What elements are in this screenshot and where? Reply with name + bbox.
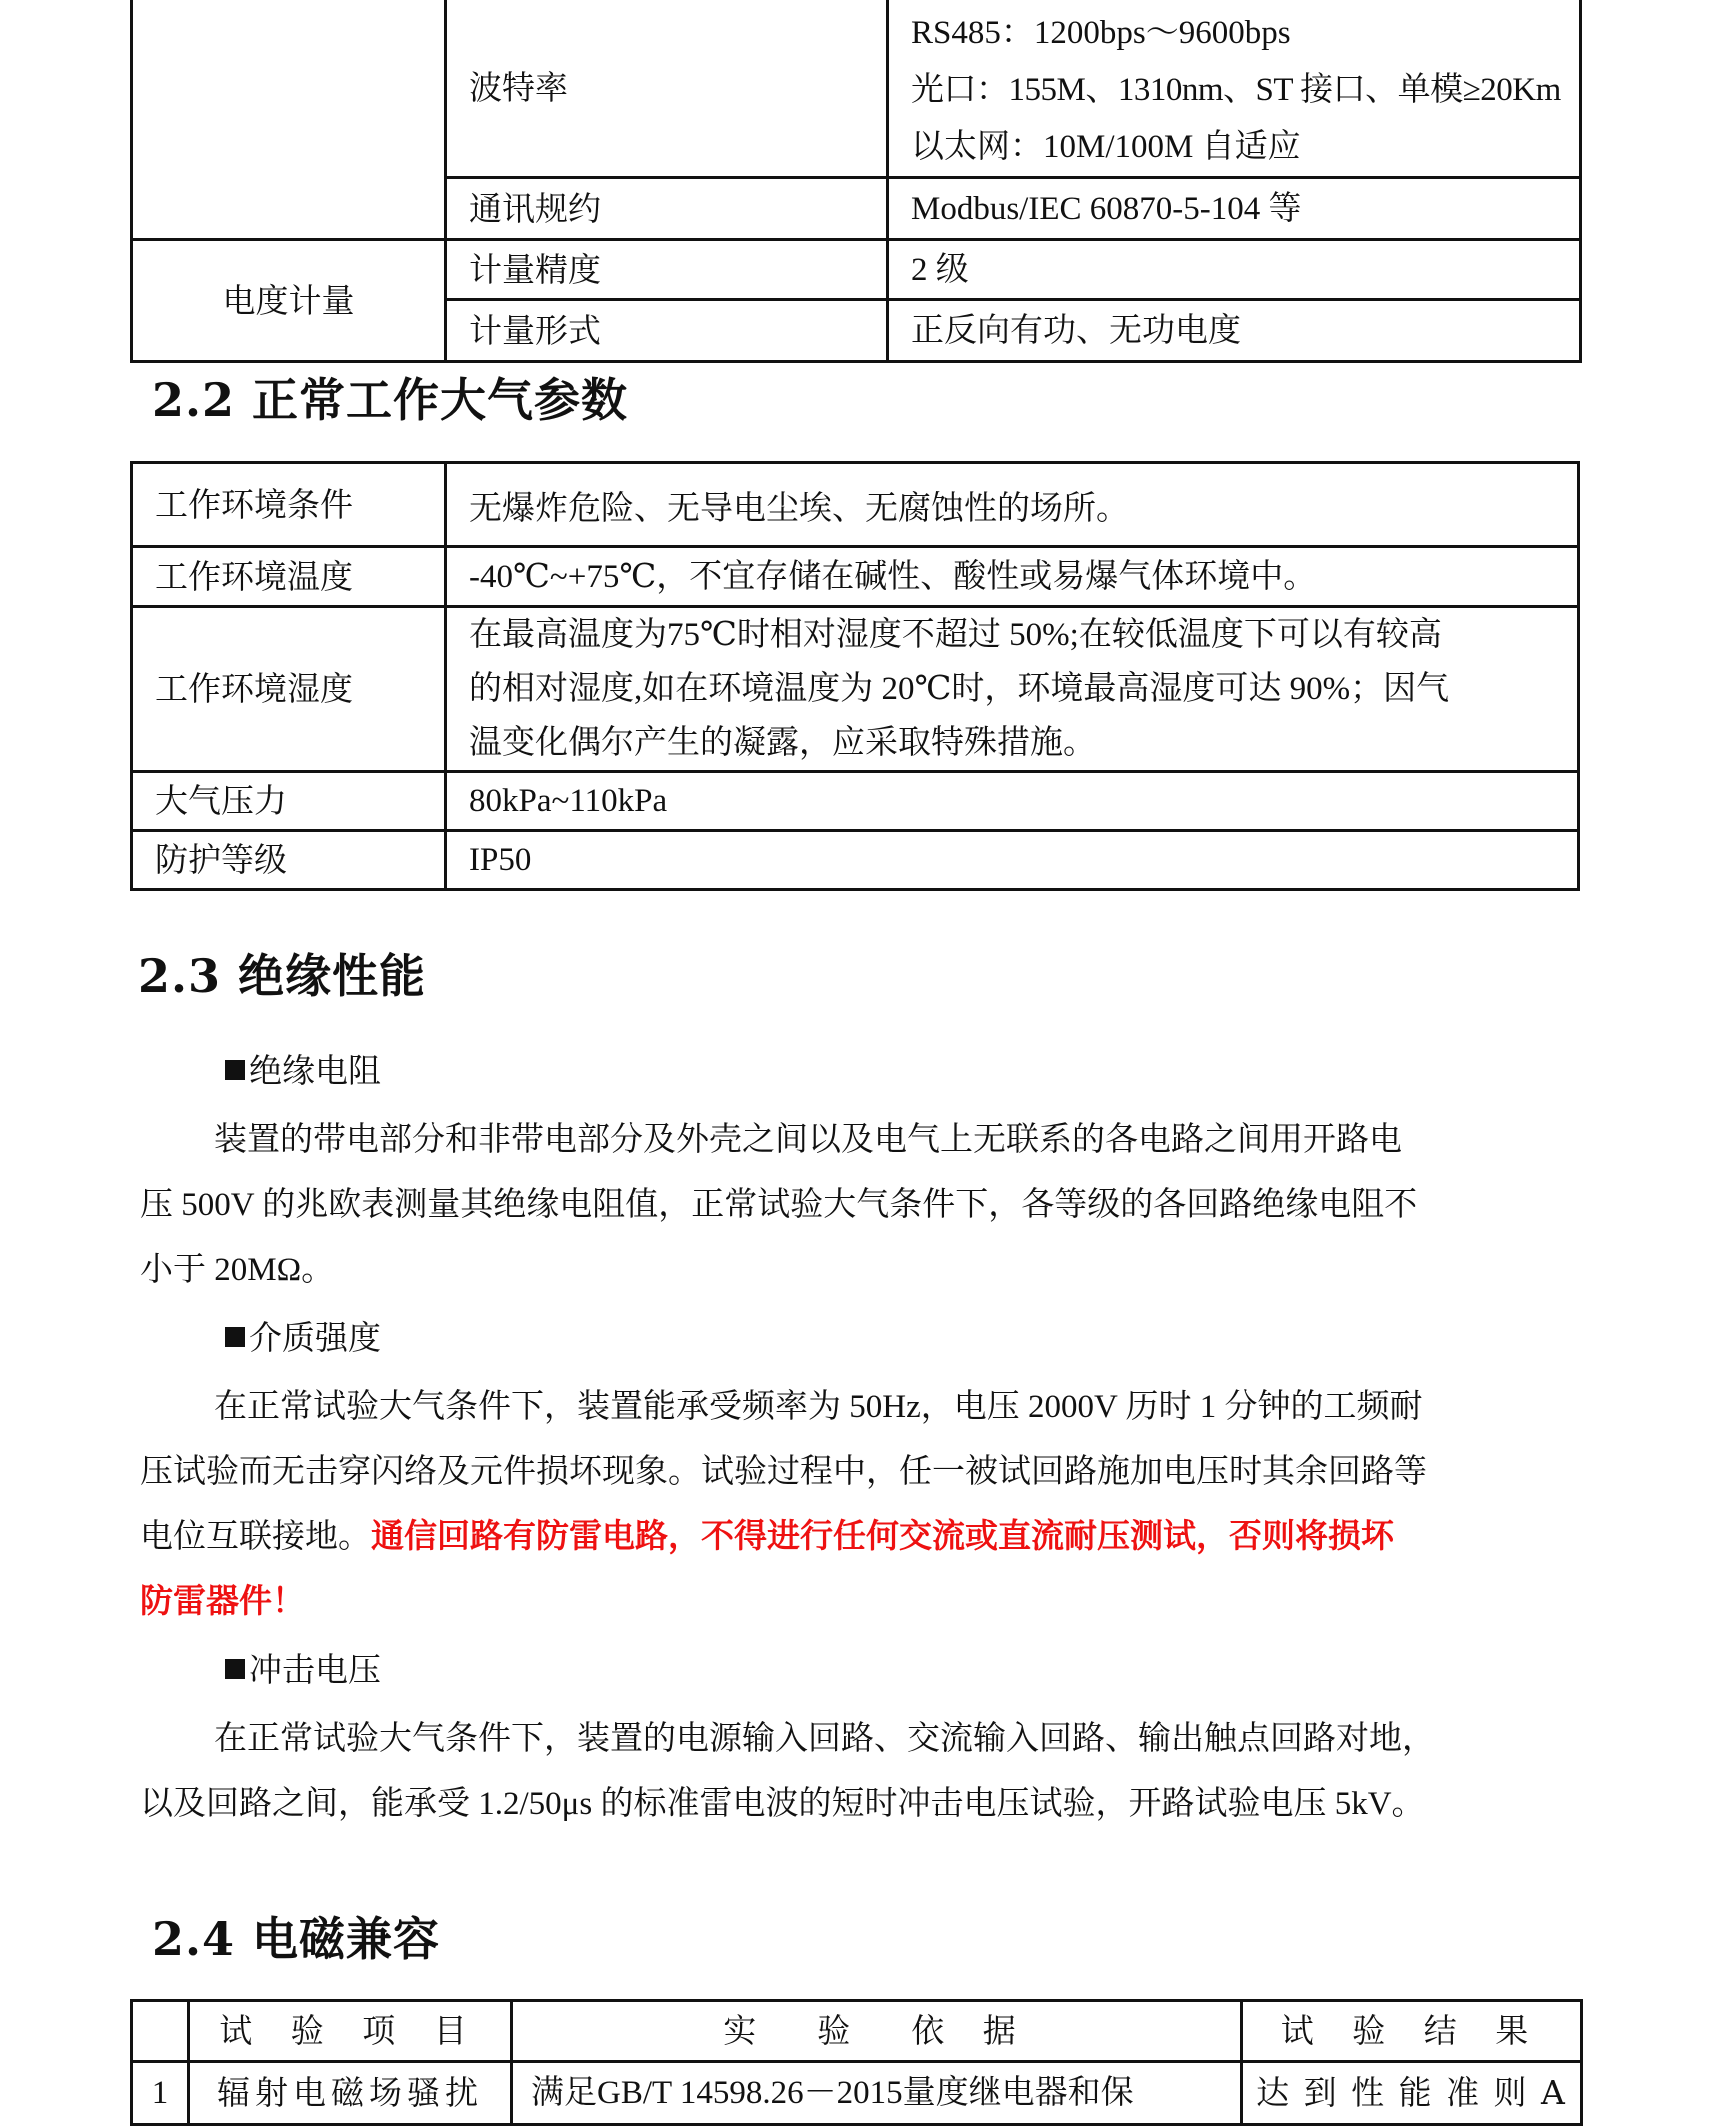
warning-text: 通信回路有防雷电路，不得进行任何交流或直流耐压测试，否则将损坏 — [371, 1519, 1394, 1555]
section-heading-2-4: 2.4 电磁兼容 — [152, 1903, 440, 1969]
table-row: 波特率 RS485：1200bps～9600bps 光口：155M、1310nm… — [132, 0, 1581, 178]
test-basis-cell: 满足GB/T 14598.26－2015量度继电器和保 — [512, 2062, 1242, 2125]
value-line: 的相对湿度,如在环境温度为 20℃时，环境最高湿度可达 90%；因气 — [469, 662, 1573, 716]
value-line: RS485：1200bps～9600bps — [911, 5, 1579, 62]
section-heading-2-3: 2.3 绝缘性能 — [138, 940, 426, 1006]
value-line: 光口：155M、1310nm、ST 接口、单模≥20Km — [911, 62, 1579, 119]
label-cell: 工作环境湿度 — [132, 607, 446, 772]
label-cell: 大气压力 — [132, 772, 446, 831]
square-bullet-icon — [225, 1327, 245, 1347]
table-row: 工作环境条件 无爆炸危险、无导电尘埃、无腐蚀性的场所。 — [132, 463, 1579, 547]
atmosphere-params-table: 工作环境条件 无爆炸危险、无导电尘埃、无腐蚀性的场所。 工作环境温度 -40℃~… — [130, 461, 1580, 891]
table-row: 防护等级 IP50 — [132, 831, 1579, 890]
value-line: 在最高温度为75℃时相对湿度不超过 50%;在较低温度下可以有较高 — [469, 608, 1573, 662]
table-row: 电度计量 计量精度 2 级 — [132, 240, 1581, 300]
paragraph-insulation-resistance: 装置的带电部分和非带电部分及外壳之间以及电气上无联系的各电路之间用开路电 压 5… — [140, 1108, 1590, 1303]
group-cell — [132, 0, 446, 240]
column-header: 实 验 依 据 — [512, 2001, 1242, 2062]
subsection-dielectric-strength: 介质强度 — [225, 1312, 381, 1359]
value-cell: -40℃~+75℃，不宜存储在碱性、酸性或易爆气体环境中。 — [446, 547, 1579, 607]
value-line: 以太网：10M/100M 自适应 — [911, 119, 1579, 176]
paragraph-impulse-voltage: 在正常试验大气条件下，装置的电源输入回路、交流输入回路、输出触点回路对地， 以及… — [140, 1707, 1590, 1837]
table-row: 1 辐射电磁场骚扰 满足GB/T 14598.26－2015量度继电器和保 达 … — [132, 2062, 1582, 2125]
item-cell: 计量形式 — [446, 300, 888, 362]
value-cell: Modbus/IEC 60870-5-104 等 — [888, 178, 1581, 240]
subsection-insulation-resistance: 绝缘电阻 — [225, 1045, 381, 1092]
text-line: 小于 20MΩ。 — [140, 1238, 1590, 1303]
subsection-title: 绝缘电阻 — [249, 1054, 381, 1090]
value-cell: RS485：1200bps～9600bps 光口：155M、1310nm、ST … — [888, 0, 1581, 178]
value-cell: 正反向有功、无功电度 — [888, 300, 1581, 362]
text-line: 压试验而无击穿闪络及元件损坏现象。试验过程中，任一被试回路施加电压时其余回路等 — [140, 1440, 1590, 1505]
text-line: 防雷器件！ — [140, 1570, 1590, 1635]
label-cell: 工作环境条件 — [132, 463, 446, 547]
table-row: 大气压力 80kPa~110kPa — [132, 772, 1579, 831]
table-row: 工作环境温度 -40℃~+75℃，不宜存储在碱性、酸性或易爆气体环境中。 — [132, 547, 1579, 607]
value-line: 温变化偶尔产生的凝露，应采取特殊措施。 — [469, 716, 1573, 770]
column-header: 试 验 结 果 — [1242, 2001, 1582, 2062]
subsection-impulse-voltage: 冲击电压 — [225, 1644, 381, 1691]
text-line: 在正常试验大气条件下，装置能承受频率为 50Hz，电压 2000V 历时 1 分… — [140, 1375, 1590, 1440]
item-cell: 通讯规约 — [446, 178, 888, 240]
text-line: 压 500V 的兆欧表测量其绝缘电阻值，正常试验大气条件下，各等级的各回路绝缘电… — [140, 1173, 1590, 1238]
square-bullet-icon — [225, 1659, 245, 1679]
value-cell: 在最高温度为75℃时相对湿度不超过 50%;在较低温度下可以有较高 的相对湿度,… — [446, 607, 1579, 772]
text-line: 装置的带电部分和非带电部分及外壳之间以及电气上无联系的各电路之间用开路电 — [140, 1108, 1590, 1173]
label-cell: 防护等级 — [132, 831, 446, 890]
text-line: 以及回路之间，能承受 1.2/50μs 的标准雷电波的短时冲击电压试验，开路试验… — [140, 1772, 1590, 1837]
table-row: 工作环境湿度 在最高温度为75℃时相对湿度不超过 50%;在较低温度下可以有较高… — [132, 607, 1579, 772]
value-cell: 无爆炸危险、无导电尘埃、无腐蚀性的场所。 — [446, 463, 1579, 547]
section-heading-2-2: 2.2 正常工作大气参数 — [152, 364, 628, 430]
row-number: 1 — [132, 2062, 189, 2125]
comm-metering-table: 波特率 RS485：1200bps～9600bps 光口：155M、1310nm… — [130, 0, 1582, 363]
test-result-cell: 达 到 性 能 准 则 A — [1242, 2062, 1582, 2125]
value-cell: 2 级 — [888, 240, 1581, 300]
paragraph-dielectric-strength: 在正常试验大气条件下，装置能承受频率为 50Hz，电压 2000V 历时 1 分… — [140, 1375, 1590, 1635]
value-cell: 80kPa~110kPa — [446, 772, 1579, 831]
item-cell: 波特率 — [446, 0, 888, 178]
emc-table: 试 验 项 目 实 验 依 据 试 验 结 果 1 辐射电磁场骚扰 满足GB/T… — [130, 1999, 1583, 2126]
text-line: 电位互联接地。通信回路有防雷电路，不得进行任何交流或直流耐压测试，否则将损坏 — [140, 1505, 1590, 1570]
group-cell: 电度计量 — [132, 240, 446, 362]
test-item-cell: 辐射电磁场骚扰 — [189, 2062, 512, 2125]
text-line: 在正常试验大气条件下，装置的电源输入回路、交流输入回路、输出触点回路对地， — [140, 1707, 1590, 1772]
table-header-row: 试 验 项 目 实 验 依 据 试 验 结 果 — [132, 2001, 1582, 2062]
column-header: 试 验 项 目 — [189, 2001, 512, 2062]
label-cell: 工作环境温度 — [132, 547, 446, 607]
subsection-title: 介质强度 — [249, 1321, 381, 1357]
column-header — [132, 2001, 189, 2062]
subsection-title: 冲击电压 — [249, 1653, 381, 1689]
square-bullet-icon — [225, 1060, 245, 1080]
item-cell: 计量精度 — [446, 240, 888, 300]
value-cell: IP50 — [446, 831, 1579, 890]
